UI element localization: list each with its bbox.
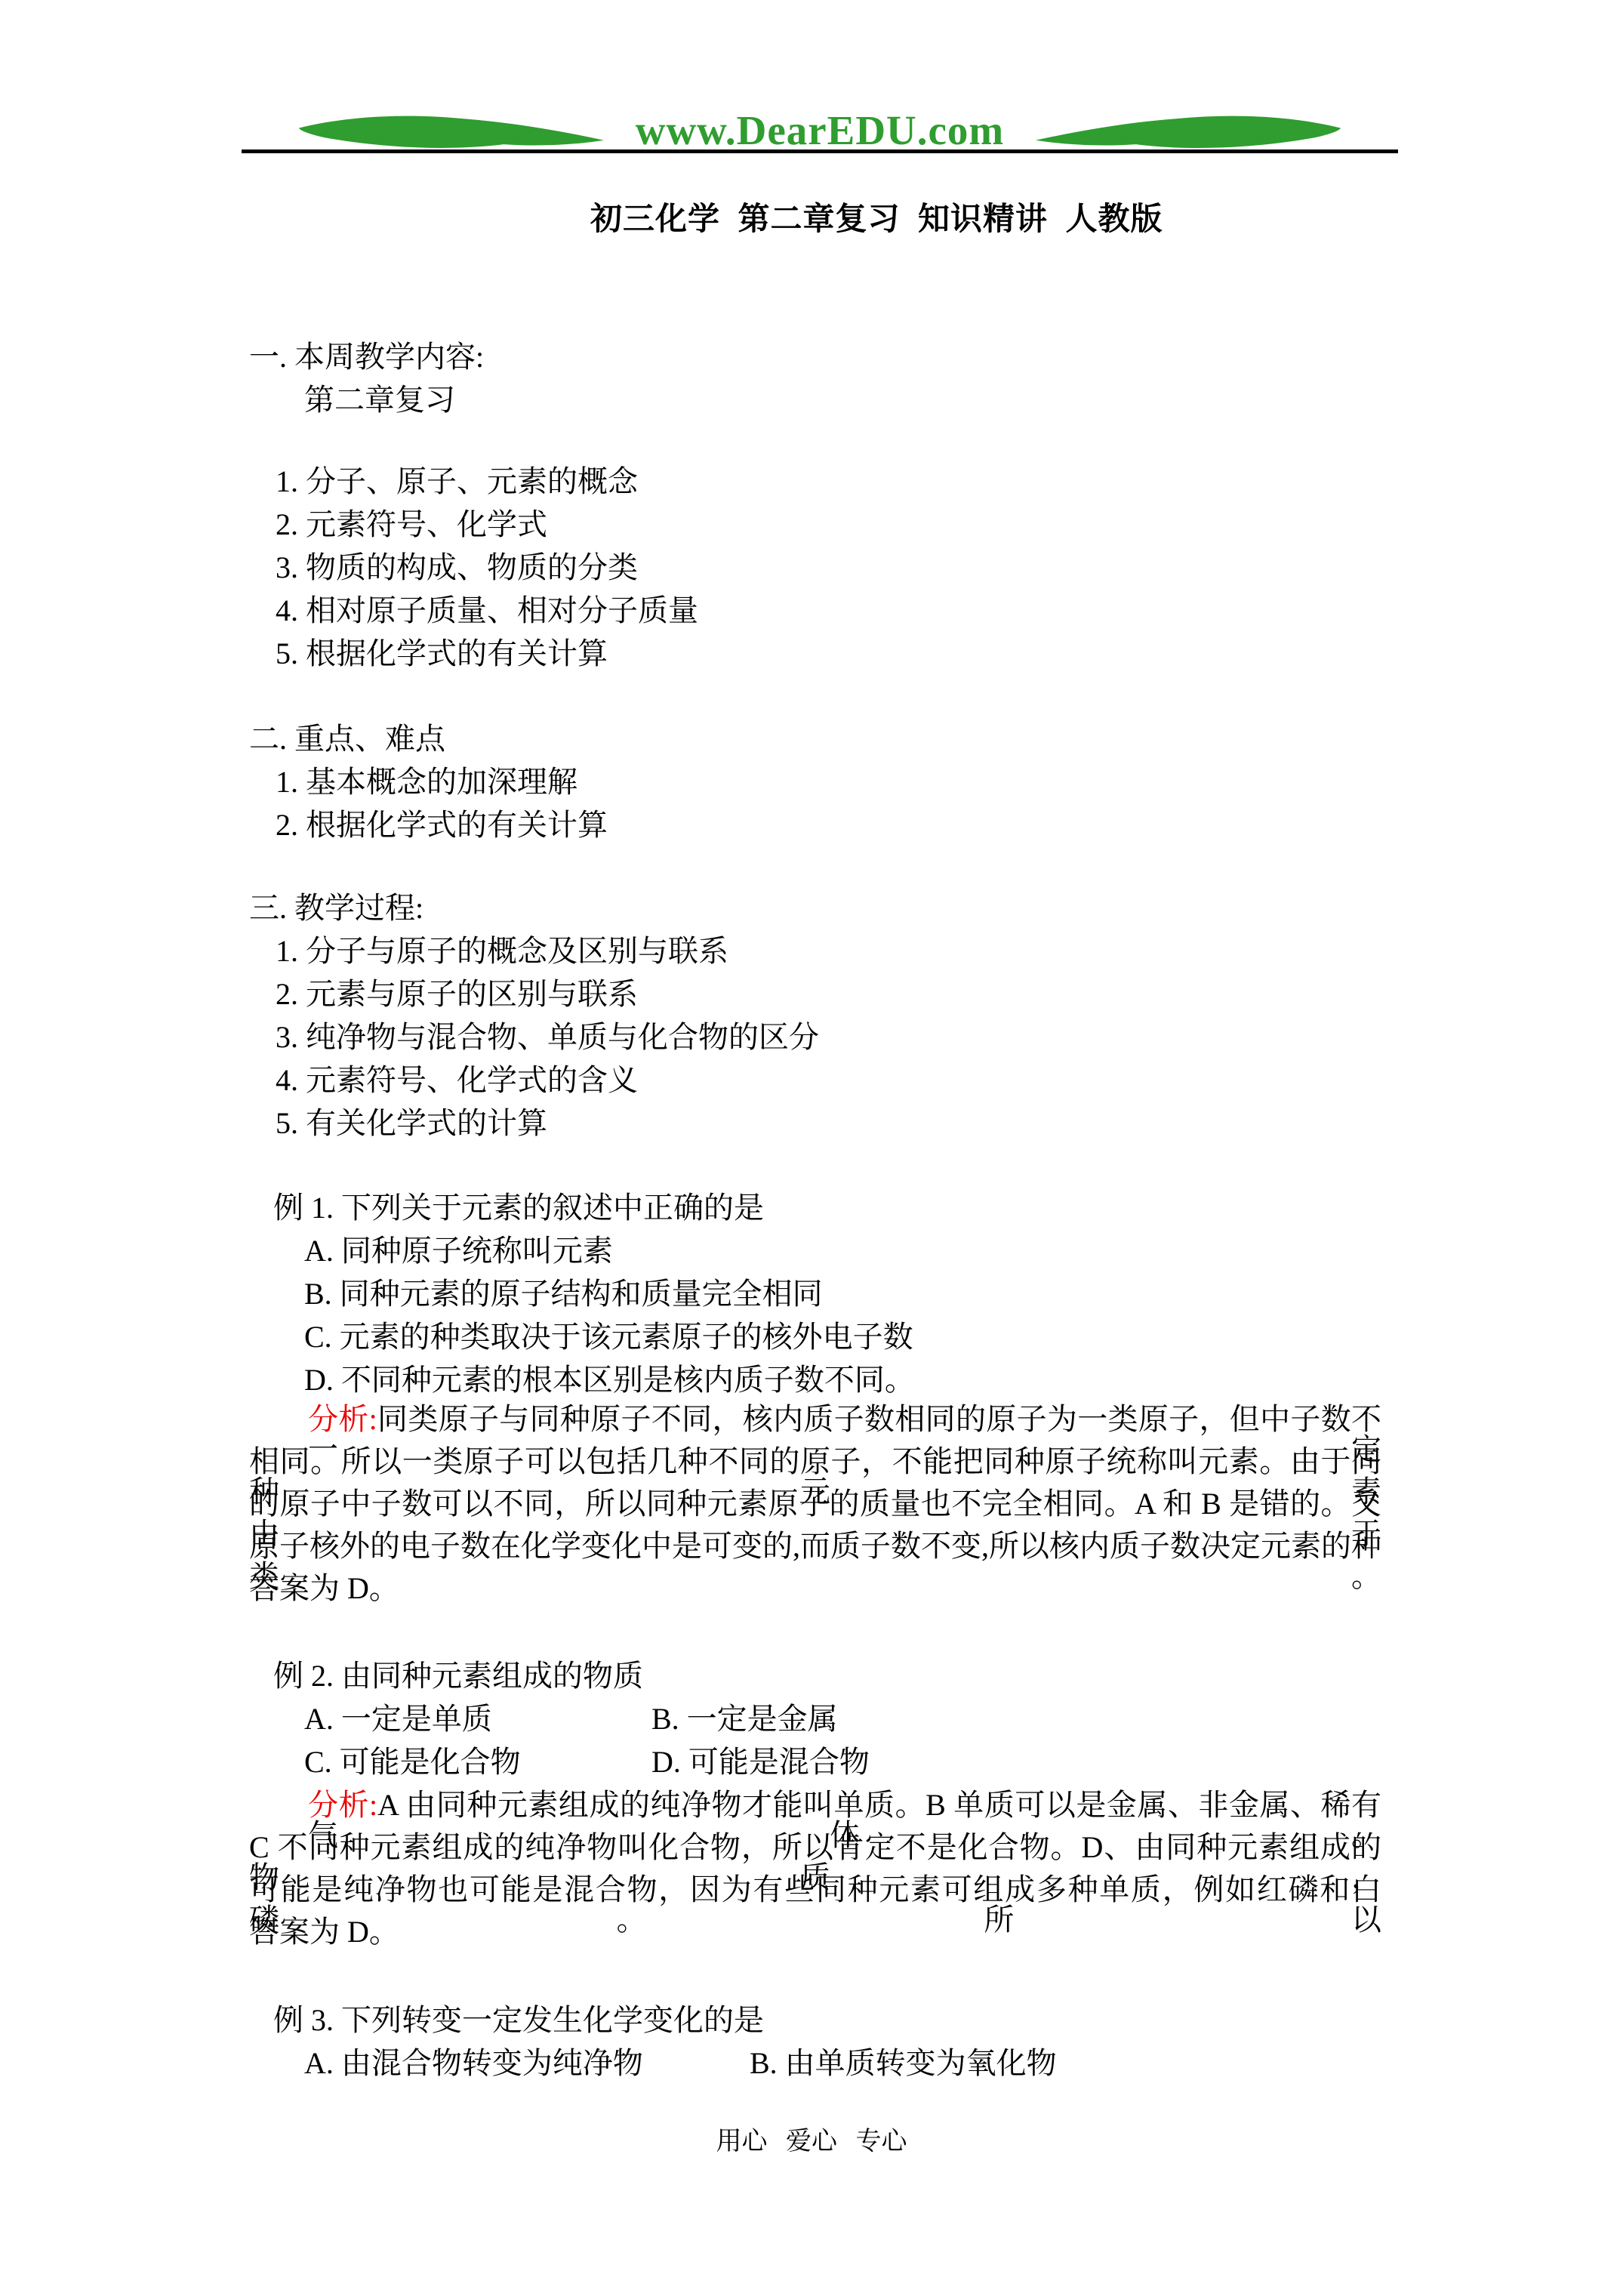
example3-options-row: A. 由混合物转变为纯净物B. 由单质转变为氧化物 [304,2048,643,2079]
site-logo: www.DearEDU.com [294,110,1345,154]
page-footer: 用心 爱心 专心 [0,2129,1623,2155]
example2-option-c: C. 可能是化合物 [304,1745,521,1779]
example3-heading: 例 3. 下列转变一定发生化学变化的是 [273,2005,764,2036]
header-divider [242,149,1398,153]
section-one-subline: 第二章复习 [304,385,455,415]
list-item: 2. 元素与原子的区别与联系 [276,979,638,1009]
example2-option-a: A. 一定是单质 [304,1702,492,1736]
analysis-label: 分析: [308,1788,377,1822]
list-item: 2. 元素符号、化学式 [276,510,547,540]
analysis-label: 分析: [308,1402,377,1436]
example3-option-a: A. 由混合物转变为纯净物 [304,2046,643,2080]
list-item: 1. 基本概念的加深理解 [276,767,577,797]
list-item: 3. 纯净物与混合物、单质与化合物的区分 [276,1022,819,1052]
list-item: 3. 物质的构成、物质的分类 [276,553,638,583]
list-item: 1. 分子、原子、元素的概念 [276,467,638,497]
logo-right-swoosh-icon [1031,113,1345,151]
example2-option-b: B. 一定是金属 [651,1704,838,1734]
example1-option-c: C. 元素的种类取决于该元素原子的核外电子数 [304,1322,913,1352]
example2-options-row: A. 一定是单质B. 一定是金属 [304,1704,492,1734]
example1-heading: 例 1. 下列关于元素的叙述中正确的是 [273,1193,764,1223]
example2-option-d: D. 可能是混合物 [651,1747,870,1777]
list-item: 5. 根据化学式的有关计算 [276,639,608,669]
list-item: 4. 相对原子质量、相对分子质量 [276,596,698,626]
logo-text: www.DearEDU.com [611,107,1028,154]
example2-analysis-answer: 答案为 D。 [249,1917,1381,1947]
page-title: 初三化学 第二章复习 知识精讲 人教版 [590,204,1163,236]
example1-option-a: A. 同种原子统称叫元素 [304,1236,613,1266]
section-one-heading: 一. 本周教学内容: [249,342,484,372]
example2-heading: 例 2. 由同种元素组成的物质 [273,1661,643,1691]
logo-left-swoosh-icon [294,113,608,151]
list-item: 1. 分子与原子的概念及区别与联系 [276,936,728,966]
document-page: www.DearEDU.com 初三化学 第二章复习 知识精讲 人教版 一. 本… [0,0,1623,2296]
list-item: 2. 根据化学式的有关计算 [276,810,608,840]
example1-option-d: D. 不同种元素的根本区别是核内质子数不同。 [304,1365,915,1395]
section-three-heading: 三. 教学过程: [249,893,423,923]
section-two-heading: 二. 重点、难点 [249,724,445,754]
example1-option-b: B. 同种元素的原子结构和质量完全相同 [304,1279,823,1309]
example2-options-row: C. 可能是化合物D. 可能是混合物 [304,1747,521,1777]
example3-option-b: B. 由单质转变为氧化物 [750,2048,1057,2079]
list-item: 4. 元素符号、化学式的含义 [276,1065,638,1096]
example1-analysis-answer: 答案为 D。 [249,1573,1381,1604]
list-item: 5. 有关化学式的计算 [276,1108,547,1139]
